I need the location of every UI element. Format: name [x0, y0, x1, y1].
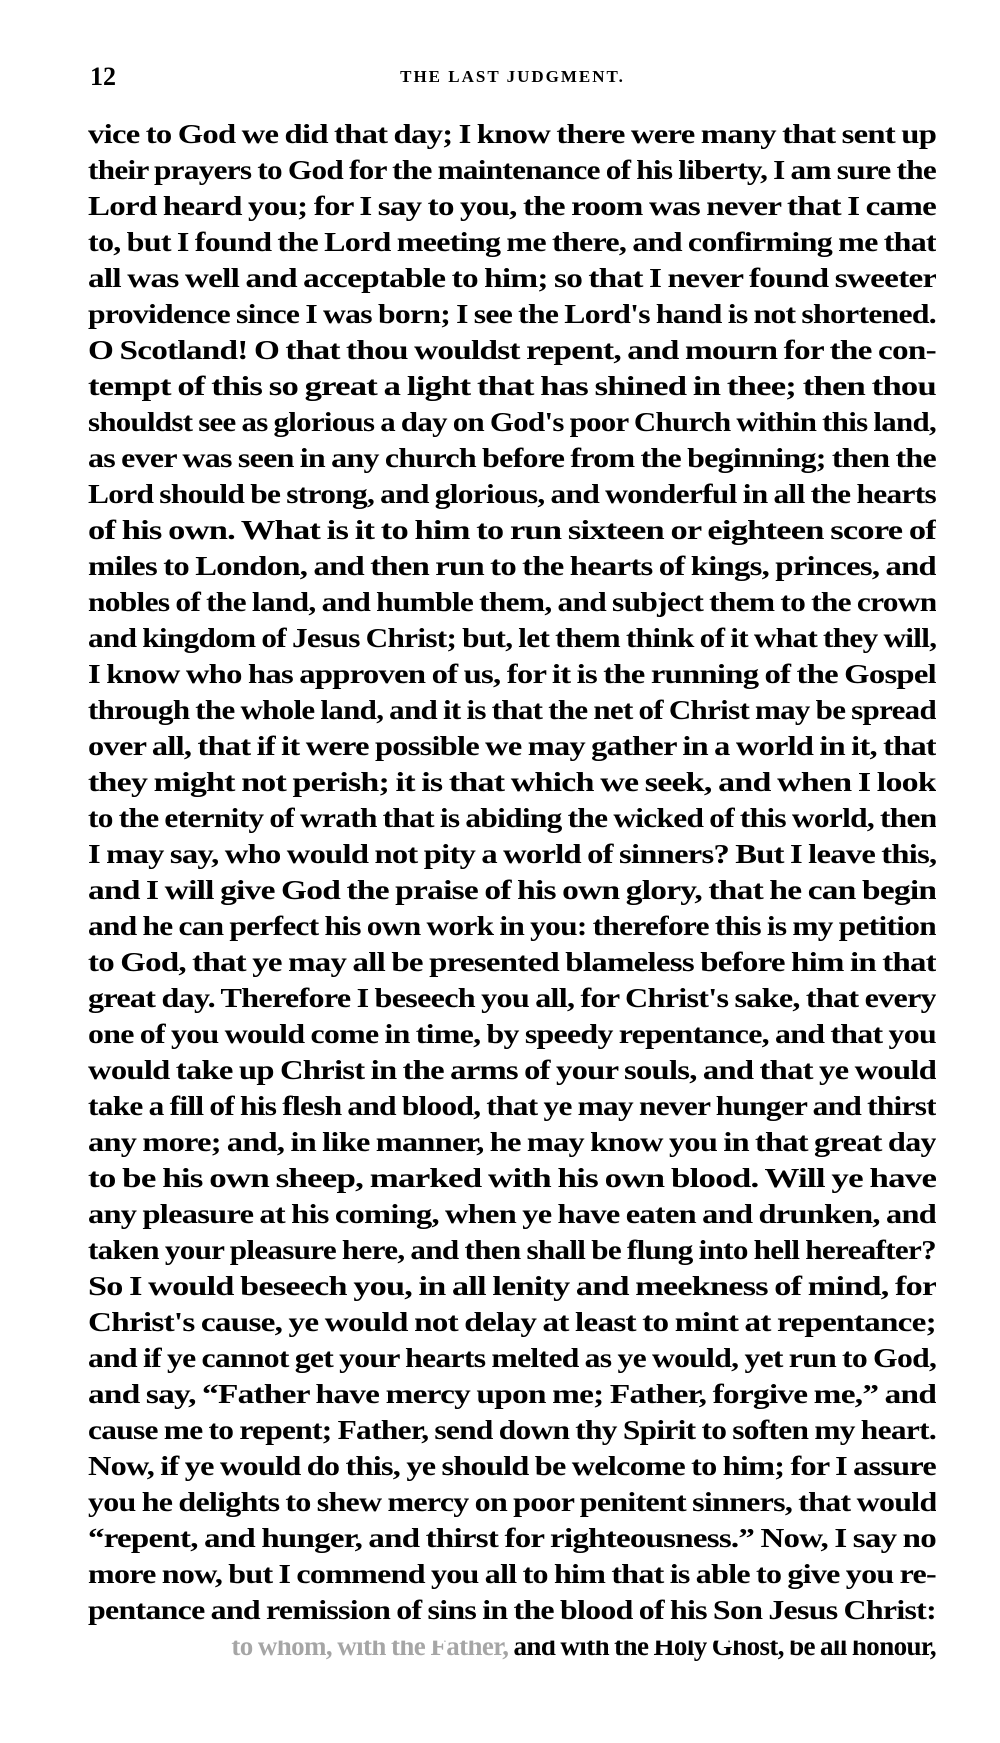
text-line: shouldst see as glorious a day on God's … — [88, 404, 936, 440]
text-line: Lord heard you; for I say to you, the ro… — [88, 188, 936, 224]
text-line-partial: to whom, with the Father, and with the H… — [88, 1628, 936, 1664]
cropped-fragment: to whom, with the Father, — [231, 1631, 508, 1661]
text-line: So I would beseech you, in all lenity an… — [88, 1268, 936, 1304]
text-line: Now, if ye would do this, ye should be w… — [88, 1448, 936, 1484]
text-line: “repent, and hunger, and thirst for righ… — [88, 1520, 936, 1556]
text-line: all was well and acceptable to him; so t… — [88, 260, 936, 296]
text-line: and if ye cannot get your hearts melted … — [88, 1340, 936, 1376]
book-page: 12 THE LAST JUDGMENT. vice to God we did… — [0, 0, 1000, 1743]
text-line: over all, that if it were possible we ma… — [88, 728, 936, 764]
text-line: cause me to repent; Father, send down th… — [88, 1412, 936, 1448]
text-line: and he can perfect his own work in you: … — [88, 908, 936, 944]
text-line: and say, “Father have mercy upon me; Fat… — [88, 1376, 936, 1412]
text-line: of his own. What is it to him to run six… — [88, 512, 936, 548]
text-line: taken your pleasure here, and then shall… — [88, 1232, 936, 1268]
text-line: Lord should be strong, and glorious, and… — [88, 476, 936, 512]
running-head: 12 THE LAST JUDGMENT. — [90, 62, 935, 92]
visible-fragment: and with the Holy Ghost, be all honour, — [514, 1631, 936, 1661]
text-line: you he delights to shew mercy on poor pe… — [88, 1484, 936, 1520]
text-line: vice to God we did that day; I know ther… — [88, 116, 936, 152]
text-line: they might not perish; it is that which … — [88, 764, 936, 800]
text-line: any more; and, in like manner, he may kn… — [88, 1124, 936, 1160]
text-line: as ever was seen in any church before fr… — [88, 440, 936, 476]
body-text: vice to God we did that day; I know ther… — [88, 116, 936, 1664]
text-line: Christ's cause, ye would not delay at le… — [88, 1304, 936, 1340]
text-line: great day. Therefore I beseech you all, … — [88, 980, 936, 1016]
text-line: miles to London, and then run to the hea… — [88, 548, 936, 584]
text-line: O Scotland! O that thou wouldst repent, … — [88, 332, 936, 368]
text-line: providence since I was born; I see the L… — [88, 296, 936, 332]
text-line: take a fill of his flesh and blood, that… — [88, 1088, 936, 1124]
text-line: and kingdom of Jesus Christ; but, let th… — [88, 620, 936, 656]
text-line: I may say, who would not pity a world of… — [88, 836, 936, 872]
text-line: to be his own sheep, marked with his own… — [88, 1160, 936, 1196]
text-line: to God, that ye may all be presented bla… — [88, 944, 936, 980]
text-line: tempt of this so great a light that has … — [88, 368, 936, 404]
text-line: nobles of the land, and humble them, and… — [88, 584, 936, 620]
text-line: would take up Christ in the arms of your… — [88, 1052, 936, 1088]
running-title: THE LAST JUDGMENT. — [90, 65, 935, 89]
text-line: more now, but I commend you all to him t… — [88, 1556, 936, 1592]
text-line: to the eternity of wrath that is abiding… — [88, 800, 936, 836]
text-line: and I will give God the praise of his ow… — [88, 872, 936, 908]
text-line: through the whole land, and it is that t… — [88, 692, 936, 728]
text-line: any pleasure at his coming, when ye have… — [88, 1196, 936, 1232]
text-line: one of you would come in time, by speedy… — [88, 1016, 936, 1052]
text-line: to, but I found the Lord meeting me ther… — [88, 224, 936, 260]
text-line: pentance and remission of sins in the bl… — [88, 1592, 936, 1628]
text-line: I know who has approven of us, for it is… — [88, 656, 936, 692]
text-line: their prayers to God for the maintenance… — [88, 152, 936, 188]
